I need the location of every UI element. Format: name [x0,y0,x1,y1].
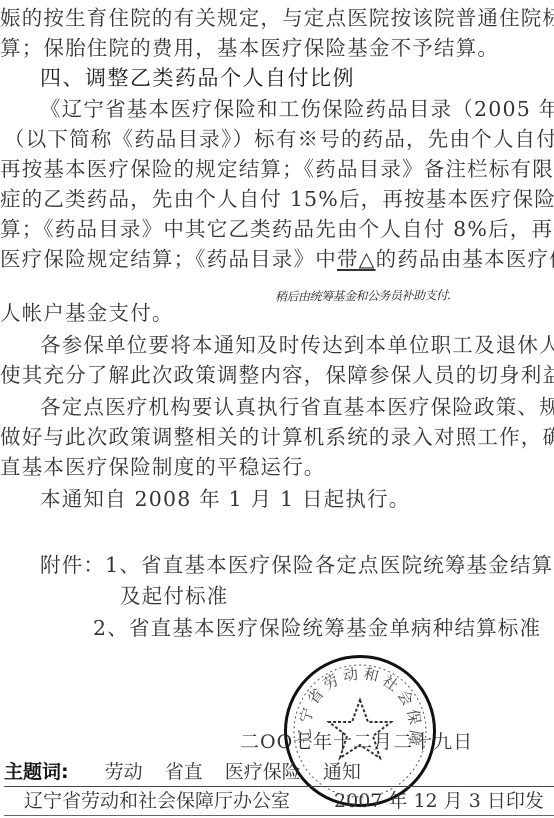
body-line: 医疗保险规定结算；《药品目录》中带△的药品由基本医疗保险个 [0,247,554,271]
keywords-row: 主题词: 劳动 省直 医疗保险 通知 [4,760,554,787]
body-line: 各定点医疗机构要认真执行省直基本医疗保险政策、规定， [40,395,554,419]
attachments-label: 附件： [40,553,105,577]
body-line: 做好与此次政策调整相关的计算机系统的录入对照工作，确保省 [0,425,554,449]
attachment-item: 1、省直基本医疗保险各定点医院统筹基金结算标准 [105,553,554,577]
attachment-item-continued: 及起付标准 [120,584,229,608]
keyword: 省直 [165,761,203,783]
body-line: 《辽宁省基本医疗保险和工伤保险药品目录（2005 年版）》 [40,97,554,121]
body-line: 直基本医疗保险制度的平稳运行。 [0,455,326,479]
keyword: 医疗保险 [225,761,301,783]
body-text: 医疗保险规定结算；《药品目录》中 [0,247,337,271]
body-text: 的药品由基本医疗保险个 [376,247,554,271]
effective-date-line: 本通知自 2008 年 1 月 1 日起执行。 [40,487,410,511]
body-line: 各参保单位要将本通知及时传达到本单位职工及退休人员， [40,333,554,357]
attachments-line: 附件：1、省直基本医疗保险各定点医院统筹基金结算标准 [40,553,554,577]
issuer-name: 辽宁省劳动和社会保障厅办公室 [24,790,290,812]
document-page: 娠的按生育住院的有关规定，与定点医院按该院普通住院标准结 算；保胎住院的费用，基… [0,0,554,818]
handwritten-note: 稍后由统筹基金和公务员补助支付. [275,286,451,305]
attachment-item: 2、省直基本医疗保险统筹基金单病种结算标准 [93,616,541,640]
body-line: 人帐户基金支付。 [0,301,174,325]
body-line: 症的乙类药品，先由个人自付 15%后，再按基本医疗保险规定结 [0,187,554,211]
body-line: 算；《药品目录》中其它乙类药品先由个人自付 8%后，再按基本 [0,217,554,241]
keyword: 劳动 [105,761,143,783]
section-heading: 四、调整乙类药品个人自付比例 [40,66,355,90]
keyword: 通知 [323,761,361,783]
signature-date: 二OO七年十二月二十九日 [240,727,473,754]
issue-date: 2007 年 12 月 3 日印发 [334,790,544,812]
body-line: 再按基本医疗保险的规定结算；《药品目录》备注栏标有限定适应 [0,157,554,181]
underlined-marker: 带△ [337,247,376,271]
body-line: （以下简称《药品目录》）标有※号的药品，先由个人自付 20%， [4,127,554,151]
body-line: 算；保胎住院的费用，基本医疗保险基金不予结算。 [0,36,499,60]
issuer-row: 辽宁省劳动和社会保障厅办公室2007 年 12 月 3 日印发 [4,789,554,816]
keywords-label: 主题词: [4,761,69,783]
body-line: 娠的按生育住院的有关规定，与定点医院按该院普通住院标准结 [0,6,554,30]
body-line: 使其充分了解此次政策调整内容，保障参保人员的切身利益。 [0,363,554,387]
